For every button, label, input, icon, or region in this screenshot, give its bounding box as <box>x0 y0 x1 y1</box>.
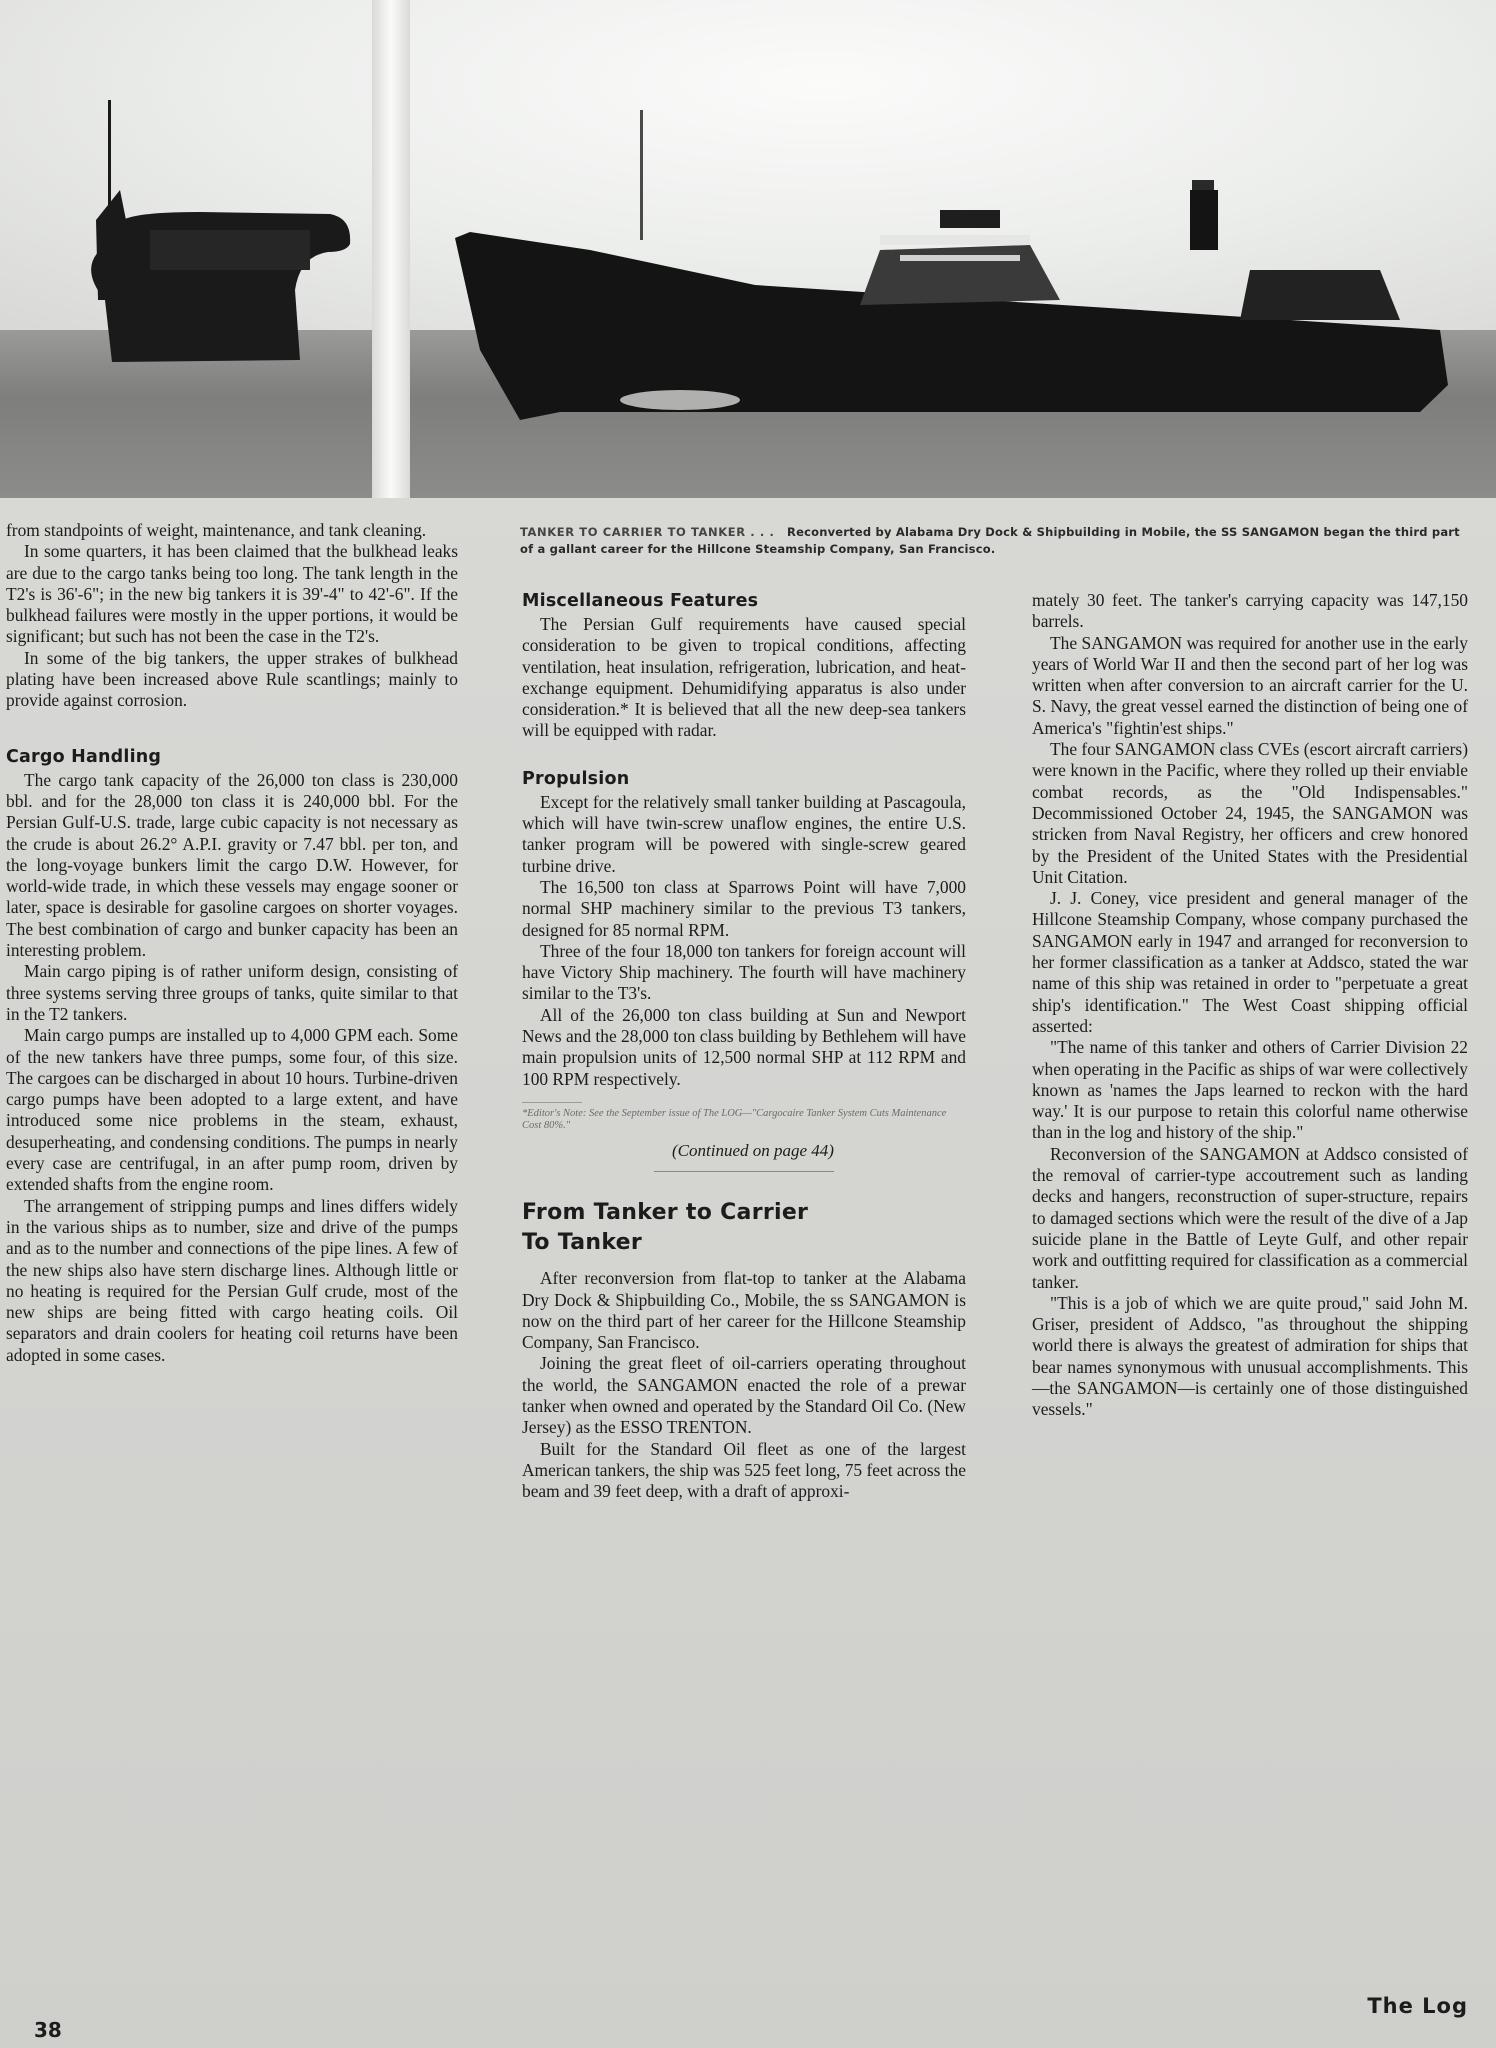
paragraph: The four SANGAMON class CVEs (escort air… <box>1032 739 1468 888</box>
story-title-line-1: From Tanker to Carrier <box>522 1200 808 1225</box>
heading-cargo-handling: Cargo Handling <box>6 746 458 768</box>
paragraph: Joining the great fleet of oil-carriers … <box>522 1353 966 1438</box>
continued-link[interactable]: (Continued on page 44) <box>522 1140 966 1161</box>
divider <box>654 1171 834 1172</box>
editors-footnote: *Editor's Note: See the September issue … <box>522 1108 966 1132</box>
middle-column: Miscellaneous Features The Persian Gulf … <box>522 590 966 1503</box>
photo-caption: TANKER TO CARRIER TO TANKER . . . Reconv… <box>520 524 1470 558</box>
paragraph: All of the 26,000 ton class building at … <box>522 1005 966 1090</box>
paragraph: Reconversion of the SANGAMON at Addsco c… <box>1032 1144 1468 1293</box>
publication-name: The Log <box>1367 1994 1468 2018</box>
paragraph: "The name of this tanker and others of C… <box>1032 1037 1468 1143</box>
paragraph: The 16,500 ton class at Sparrows Point w… <box>522 877 966 941</box>
paragraph: The Persian Gulf requirements have cause… <box>522 614 966 742</box>
left-column: from standpoints of weight, maintenance,… <box>6 520 458 1366</box>
paragraph: In some quarters, it has been claimed th… <box>6 541 458 647</box>
paragraph: After reconversion from flat-top to tank… <box>522 1268 966 1353</box>
ships-photo <box>0 0 1496 498</box>
paragraph: Except for the relatively small tanker b… <box>522 792 966 877</box>
paragraph: The SANGAMON was required for another us… <box>1032 633 1468 739</box>
paragraph: In some of the big tankers, the upper st… <box>6 648 458 712</box>
page-number: 38 <box>34 2018 62 2042</box>
footnote-rule <box>522 1102 582 1106</box>
paragraph: mately 30 feet. The tanker's carrying ca… <box>1032 590 1468 633</box>
right-column: mately 30 feet. The tanker's carrying ca… <box>1032 590 1468 1421</box>
paragraph: Built for the Standard Oil fleet as one … <box>522 1439 966 1503</box>
story-title-line-2: To Tanker <box>522 1230 642 1255</box>
caption-title: TANKER TO CARRIER TO TANKER . . . <box>520 525 774 539</box>
paragraph: Main cargo piping is of rather uniform d… <box>6 961 458 1025</box>
paragraph: Main cargo pumps are installed up to 4,0… <box>6 1025 458 1195</box>
paragraph: from standpoints of weight, maintenance,… <box>6 520 458 541</box>
paragraph: "This is a job of which we are quite pro… <box>1032 1293 1468 1421</box>
story-title: From Tanker to Carrier To Tanker <box>522 1198 966 1258</box>
paragraph: The arrangement of stripping pumps and l… <box>6 1196 458 1366</box>
magazine-page: TANKER TO CARRIER TO TANKER . . . Reconv… <box>0 0 1496 2048</box>
heading-propulsion: Propulsion <box>522 768 966 790</box>
paragraph: The cargo tank capacity of the 26,000 to… <box>6 770 458 962</box>
paragraph: J. J. Coney, vice president and general … <box>1032 888 1468 1037</box>
ships-silhouette-icon <box>0 0 1496 498</box>
photo-gutter <box>372 0 410 498</box>
heading-miscellaneous-features: Miscellaneous Features <box>522 590 966 612</box>
paragraph: Three of the four 18,000 ton tankers for… <box>522 941 966 1005</box>
